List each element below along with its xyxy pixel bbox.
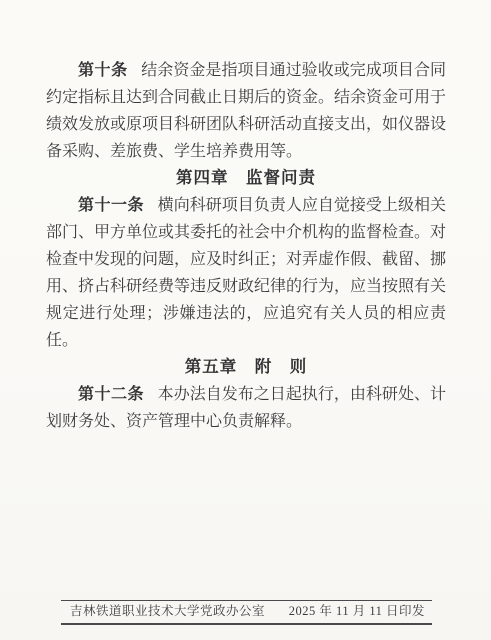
footer-print-date: 2025 年 11 月 11 日印发 [289,604,425,619]
article-11-number: 第十一条 [78,197,144,214]
article-11-paragraph: 第十一条横向科研项目负责人应自觉接受上级相关部门、甲方单位或其委托的社会中介机构… [46,192,446,354]
document-page: 第十条结余资金是指项目通过验收或完成项目合同约定指标且达到合同截止日期后的资金。… [0,0,491,640]
article-10-paragraph: 第十条结余资金是指项目通过验收或完成项目合同约定指标且达到合同截止日期后的资金。… [46,57,446,165]
footer-issuing-office: 吉林铁道职业技术大学党政办公室 [70,604,265,619]
document-body: 第十条结余资金是指项目通过验收或完成项目合同约定指标且达到合同截止日期后的资金。… [46,57,446,435]
article-10-number: 第十条 [78,62,128,79]
footer-imprint-row: 吉林铁道职业技术大学党政办公室 2025 年 11 月 11 日印发 [61,600,432,625]
document-footer: 吉林铁道职业技术大学党政办公室 2025 年 11 月 11 日印发 [61,600,432,625]
chapter-4-heading: 第四章 监督问责 [46,165,446,192]
chapter-5-heading: 第五章 附 则 [46,354,446,381]
article-12-paragraph: 第十二条本办法自发布之日起执行，由科研处、计划财务处、资产管理中心负责解释。 [46,381,446,435]
article-11-text: 横向科研项目负责人应自觉接受上级相关部门、甲方单位或其委托的社会中介机构的监督检… [46,197,446,349]
article-12-number: 第十二条 [78,386,144,403]
